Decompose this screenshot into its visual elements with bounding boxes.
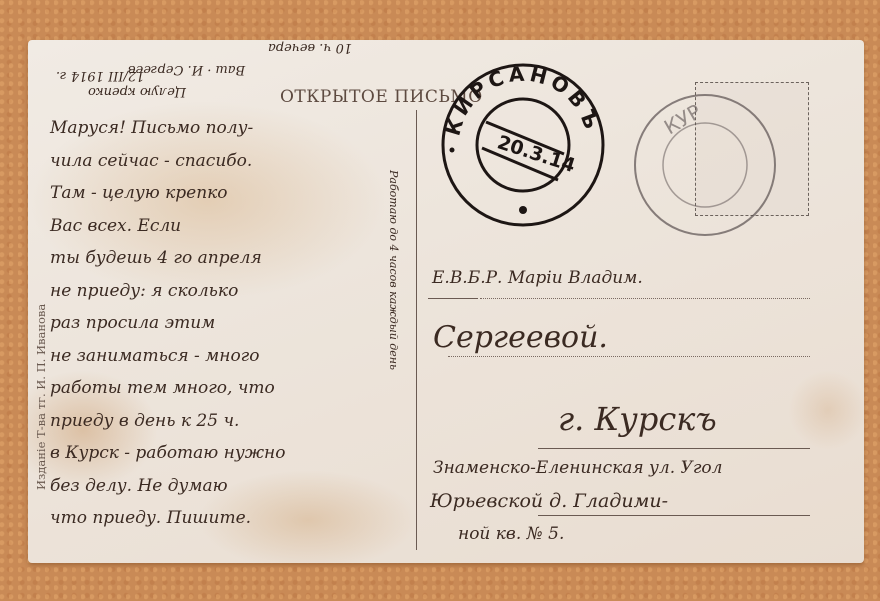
address-house-line: Юрьевской д. Гладими- — [430, 490, 668, 512]
address-city-line: г. Курскъ — [558, 400, 717, 438]
address-surname-line: Сергеевой. — [433, 320, 608, 355]
message-line: Маруся! Письмо полу- — [50, 118, 253, 138]
postmark-icon: КИРСАНОВЪ 20.3.14 — [438, 60, 608, 230]
address-street-line: Знаменско-Еленинская ул. Угол — [433, 458, 722, 478]
address-recipient-line: Е.В.Б.Р. Маріи Владим. — [432, 268, 643, 288]
message-line: приеду в день к 25 ч. — [50, 411, 239, 431]
address-rule — [428, 298, 478, 299]
faint-postmark-icon: КУР — [628, 80, 788, 250]
message-line: ты будешь 4 го апреля — [50, 248, 262, 268]
message-line: без делу. Не думаю — [50, 476, 228, 496]
message-line: работы тем много, что — [50, 378, 275, 398]
upside-down-note-greeting: Целую крепко — [88, 84, 186, 99]
postcard-back: 12/III 1914 г. 10 ч. вечера Ваш · И. Сер… — [28, 40, 864, 563]
publisher-imprint: Изданіе Т-ва тг. И. П. Иванова — [34, 90, 48, 490]
address-rule — [480, 298, 810, 299]
address-rule — [538, 448, 810, 449]
margin-note: Работаю до 4 часов каждый день — [387, 170, 400, 370]
message-line: раз просила этим — [50, 313, 215, 333]
address-apartment-line: ной кв. № 5. — [458, 524, 564, 544]
message-line: Там - целую крепко — [50, 183, 228, 203]
water-stain — [788, 370, 864, 450]
upside-down-note-signature: Ваш · И. Сергеев — [128, 62, 245, 77]
message-line: что приеду. Пишите. — [50, 508, 251, 528]
address-rule — [538, 515, 810, 516]
address-rule — [448, 356, 810, 357]
upside-down-note-time: 10 ч. вечера — [268, 40, 352, 55]
message-line: чила сейчас - спасибо. — [50, 151, 252, 171]
message-line: Вас всех. Если — [50, 216, 181, 236]
message-line: не приеду: я сколько — [50, 281, 238, 301]
message-line: не заниматься - много — [50, 346, 260, 366]
message-line: в Курск - работаю нужно — [50, 443, 286, 463]
divider-line — [416, 110, 417, 550]
